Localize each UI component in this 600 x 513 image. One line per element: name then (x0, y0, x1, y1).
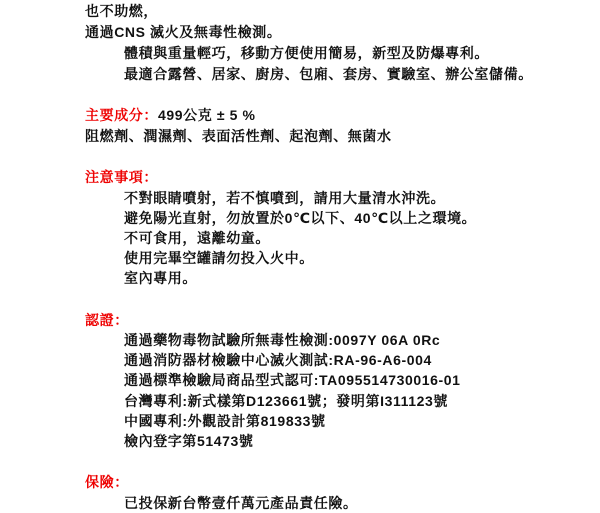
section-heading-insurance: 保險： (85, 474, 129, 490)
ingredients-detail: 阻燃劑、潤濕劑、表面活性劑、起泡劑、無菌水 (85, 128, 392, 144)
precaution-item: 不對眼睛噴射，若不慎噴到，請用大量清水沖洗。 (124, 190, 445, 206)
intro-line: 通過CNS 滅火及無毒性檢測。 (85, 24, 281, 40)
intro-line: 最適合露營、居家、廚房、包廂、套房、實驗室、辦公室儲備。 (124, 66, 533, 82)
certification-item: 中國專利:外觀設計第819833號 (124, 413, 326, 429)
certification-item: 台灣專利:新式樣第D123661號；發明第I311123號 (124, 393, 448, 409)
precaution-item: 使用完畢空罐請勿投入火中。 (124, 250, 314, 266)
insurance-item: 已投保新台幣壹仟萬元產品責任險。 (124, 495, 358, 511)
section-heading-precautions: 注意事項： (85, 169, 158, 185)
section-heading-certifications: 認證： (85, 312, 129, 328)
section-heading-ingredients: 主要成分： (85, 107, 158, 123)
ingredients-amount: 499公克 ± 5 % (158, 107, 256, 123)
certification-item: 通過藥物毒物試驗所無毒性檢測:0097Y 06A 0Rc (124, 332, 440, 348)
product-description-document: 也不助燃， 通過CNS 滅火及無毒性檢測。 體積與重量輕巧，移動方便使用簡易，新… (0, 0, 600, 513)
precaution-item: 室內專用。 (124, 270, 197, 286)
certification-item: 通過標準檢驗局商品型式認可:TA095514730016-01 (124, 372, 461, 388)
ingredients-line: 主要成分：499公克 ± 5 % (85, 107, 256, 123)
intro-line: 體積與重量輕巧，移動方便使用簡易，新型及防爆專利。 (124, 45, 489, 61)
precaution-item: 避免陽光直射，勿放置於0℃以下、40℃以上之環境。 (124, 210, 476, 226)
certification-item: 檢內登字第51473號 (124, 433, 254, 449)
certification-item: 通過消防器材檢驗中心滅火測試:RA-96-A6-004 (124, 352, 432, 368)
precaution-item: 不可食用，遠離幼童。 (124, 230, 270, 246)
intro-line: 也不助燃， (85, 3, 158, 19)
